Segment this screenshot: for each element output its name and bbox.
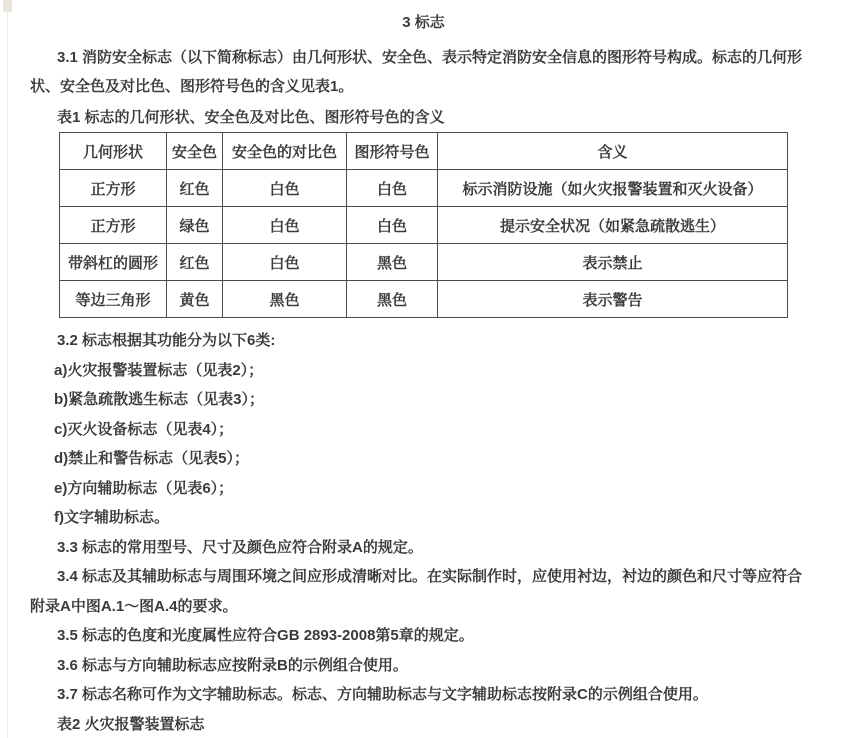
document-page: 3 标志 3.1 消防安全标志（以下简称标志）由几何形状、安全色、表示特定消防安… xyxy=(0,0,855,738)
page-edge-line xyxy=(7,0,8,738)
table-cell: 白色 xyxy=(223,244,347,281)
table-row: 正方形 绿色 白色 白色 提示安全状况（如紧急疏散逃生） xyxy=(60,207,788,244)
table-cell: 红色 xyxy=(167,244,223,281)
clause-3-6: 3.6 标志与方向辅助标志应按附录B的示例组合使用。 xyxy=(30,651,817,681)
table1: 几何形状 安全色 安全色的对比色 图形符号色 含义 正方形 红色 白色 白色 标… xyxy=(59,132,788,318)
table-cell: 白色 xyxy=(347,170,438,207)
table-cell: 黑色 xyxy=(347,244,438,281)
clause-3-3: 3.3 标志的常用型号、尺寸及颜色应符合附录A的规定。 xyxy=(30,533,817,563)
clause-3-5: 3.5 标志的色度和光度属性应符合GB 2893-2008第5章的规定。 xyxy=(30,621,817,651)
table-cell: 正方形 xyxy=(60,207,167,244)
table-cell: 提示安全状况（如紧急疏散逃生） xyxy=(438,207,788,244)
table-cell: 黑色 xyxy=(223,281,347,318)
table-cell: 白色 xyxy=(347,207,438,244)
list-item-f: f)文字辅助标志。 xyxy=(30,503,817,533)
list-item-e: e)方向辅助标志（见表6）； xyxy=(30,474,817,504)
table2-caption: 表2 火灾报警装置标志 xyxy=(30,710,817,738)
clause-3-2: 3.2 标志根据其功能分为以下6类: xyxy=(30,326,817,356)
table-cell: 正方形 xyxy=(60,170,167,207)
table-row: 带斜杠的圆形 红色 白色 黑色 表示禁止 xyxy=(60,244,788,281)
table-row: 正方形 红色 白色 白色 标示消防设施（如火灾报警装置和灭火设备） xyxy=(60,170,788,207)
table-cell: 绿色 xyxy=(167,207,223,244)
table-cell: 标示消防设施（如火灾报警装置和灭火设备） xyxy=(438,170,788,207)
table1-header-contrast: 安全色的对比色 xyxy=(223,133,347,170)
clause-3-1: 3.1 消防安全标志（以下简称标志）由几何形状、安全色、表示特定消防安全信息的图… xyxy=(30,43,817,102)
table-cell: 黄色 xyxy=(167,281,223,318)
table1-header-safecol: 安全色 xyxy=(167,133,223,170)
list-item-a: a)火灾报警装置标志（见表2）； xyxy=(30,356,817,386)
table1-caption: 表1 标志的几何形状、安全色及对比色、图形符号色的含义 xyxy=(30,103,817,133)
table-cell: 等边三角形 xyxy=(60,281,167,318)
table-cell: 黑色 xyxy=(347,281,438,318)
clause-3-7: 3.7 标志名称可作为文字辅助标志。标志、方向辅助标志与文字辅助标志按附录C的示… xyxy=(30,680,817,710)
list-item-c: c)灭火设备标志（见表4）； xyxy=(30,415,817,445)
table1-header-shape: 几何形状 xyxy=(60,133,167,170)
table-cell: 白色 xyxy=(223,170,347,207)
table-cell: 红色 xyxy=(167,170,223,207)
table1-header-row: 几何形状 安全色 安全色的对比色 图形符号色 含义 xyxy=(60,133,788,170)
table-cell: 表示警告 xyxy=(438,281,788,318)
clauses-block: 3.2 标志根据其功能分为以下6类: a)火灾报警装置标志（见表2）； b)紧急… xyxy=(30,326,817,738)
table-cell: 白色 xyxy=(223,207,347,244)
table-cell: 带斜杠的圆形 xyxy=(60,244,167,281)
list-item-b: b)紧急疏散逃生标志（见表3）； xyxy=(30,385,817,415)
table1-header-symbol: 图形符号色 xyxy=(347,133,438,170)
list-item-d: d)禁止和警告标志（见表5）； xyxy=(30,444,817,474)
table-row: 等边三角形 黄色 黑色 黑色 表示警告 xyxy=(60,281,788,318)
table-cell: 表示禁止 xyxy=(438,244,788,281)
table1-header-meaning: 含义 xyxy=(438,133,788,170)
page-corner-artifact xyxy=(3,0,12,12)
clause-3-4: 3.4 标志及其辅助标志与周围环境之间应形成清晰对比。在实际制作时，应使用衬边，… xyxy=(30,562,817,621)
section-heading: 3 标志 xyxy=(30,8,817,38)
